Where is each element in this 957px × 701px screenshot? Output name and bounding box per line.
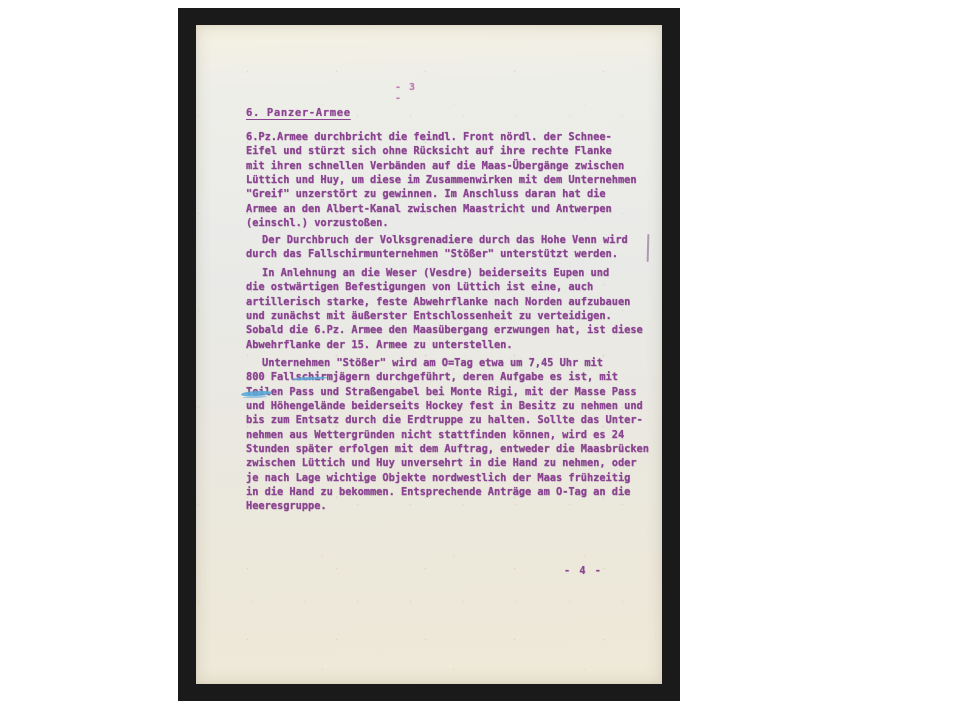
document-heading: 6. Panzer-Armee xyxy=(246,106,351,120)
text-line: Sobald die 6.Pz. Armee den Maasübergang … xyxy=(246,323,643,337)
document-photo: - 3 - 6. Panzer-Armee 6.Pz.Armee durchbr… xyxy=(178,8,680,701)
text-line: Stunden später erfolgen mit dem Auftrag,… xyxy=(246,442,649,456)
text-line: In Anlehnung an die Weser (Vesdre) beide… xyxy=(246,266,643,280)
text-line: Teilen Pass und Straßengabel bei Monte R… xyxy=(246,385,649,399)
text-line: artillerisch starke, feste Abwehrflanke … xyxy=(246,295,643,309)
text-line: Heeresgruppe. xyxy=(246,499,649,513)
paragraph-2: Der Durchbruch der Volksgrenadiere durch… xyxy=(246,233,628,262)
ink-stray-mark xyxy=(647,234,649,262)
page-number-top: - 3 - xyxy=(395,82,429,104)
text-line: die ostwärtigen Befestigungen von Lüttic… xyxy=(246,280,643,294)
slide-canvas: { "page": { "canvas_color": "#ffffff", "… xyxy=(0,0,957,701)
text-line: in die Hand zu bekommen. Entsprechende A… xyxy=(246,485,649,499)
text-line: Lüttich und Huy, um diese im Zusammenwir… xyxy=(246,173,637,187)
text-line: "Greif" unzerstört zu gewinnen. Im Ansch… xyxy=(246,187,637,201)
text-line: durch das Fallschirmunternehmen "Stößer"… xyxy=(246,247,628,261)
text-line: je nach Lage wichtige Objekte nordwestli… xyxy=(246,471,649,485)
text-line: zwischen Lüttich und Huy unversehrt in d… xyxy=(246,456,649,470)
paragraph-3: In Anlehnung an die Weser (Vesdre) beide… xyxy=(246,266,643,352)
text-line: nehmen aus Wettergründen nicht stattfind… xyxy=(246,428,649,442)
text-line: Der Durchbruch der Volksgrenadiere durch… xyxy=(246,233,628,247)
text-line: Unternehmen "Stößer" wird am O=Tag etwa … xyxy=(246,356,649,370)
text-line: Abwehrflanke der 15. Armee zu unterstell… xyxy=(246,338,643,352)
text-line: (einschl.) vorzustoßen. xyxy=(246,216,637,230)
text-line: mit ihren schnellen Verbänden auf die Ma… xyxy=(246,159,637,173)
document-page: - 3 - 6. Panzer-Armee 6.Pz.Armee durchbr… xyxy=(196,25,662,684)
paragraph-1: 6.Pz.Armee durchbricht die feindl. Front… xyxy=(246,130,637,230)
page-number-bottom: - 4 - xyxy=(564,565,604,577)
text-line: bis zum Entsatz durch die Erdtruppe zu h… xyxy=(246,413,649,427)
text-line: und Höhengelände beiderseits Hockey fest… xyxy=(246,399,649,413)
text-line: 6.Pz.Armee durchbricht die feindl. Front… xyxy=(246,130,637,144)
text-line: Armee an den Albert-Kanal zwischen Maast… xyxy=(246,202,637,216)
text-line: Eifel und stürzt sich ohne Rücksicht auf… xyxy=(246,144,637,158)
text-line: und zunächst mit äußerster Entschlossenh… xyxy=(246,309,643,323)
